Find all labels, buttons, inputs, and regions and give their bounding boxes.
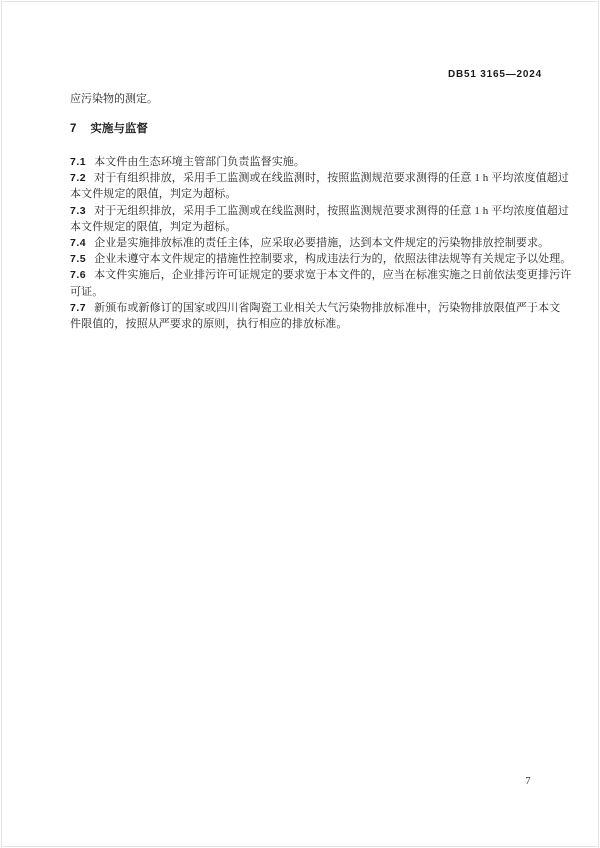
clause-line: 7.7新颁布或新修订的国家或四川省陶瓷工业相关大气污染物排放标准中，污染物排放限… [70,300,548,316]
clause-number: 7.2 [70,170,86,186]
clauses-block: 7.1本文件由生态环境主管部门负责监督实施。 7.2对于有组织排放，采用手工监测… [70,154,548,332]
document-page: DB51 3165—2024 应污染物的测定。 7实施与监督 7.1本文件由生态… [0,0,600,848]
clause-text: 企业是实施排放标准的责任主体，应采取必要措施，达到本文件规定的污染物排放控制要求… [94,237,549,249]
clause-number: 7.6 [70,267,86,283]
clause-text: 可证。 [70,286,103,298]
clause-line: 7.5企业未遵守本文件规定的措施性控制要求，构成违法行为的，依照法律法规等有关规… [70,251,548,267]
clause-line: 7.3对于无组织排放，采用手工监测或在线监测时，按照监测规范要求测得的任意 1 … [70,203,548,219]
clause-text: 企业未遵守本文件规定的措施性控制要求，构成违法行为的，依照法律法规等有关规定予以… [94,253,571,265]
clause-line-continuation: 本文件规定的限值，判定为超标。 [70,186,548,202]
clause-line: 7.6本文件实施后，企业排污许可证规定的要求宽于本文件的，应当在标准实施之日前依… [70,267,548,283]
clause-text: 本文件规定的限值，判定为超标。 [70,221,237,233]
clause-text: 件限值的，按照从严要求的原则，执行相应的排放标准。 [70,318,348,330]
clause-text: 本文件规定的限值，判定为超标。 [70,188,237,200]
page-number: 7 [512,776,544,787]
clause-number: 7.5 [70,251,86,267]
clause-line: 7.4企业是实施排放标准的责任主体，应采取必要措施，达到本文件规定的污染物排放控… [70,235,548,251]
clause-text: 本文件实施后，企业排污许可证规定的要求宽于本文件的，应当在标准实施之日前依法变更… [94,269,571,281]
clause-text: 对于有组织排放，采用手工监测或在线监测时，按照监测规范要求测得的任意 1 h 平… [94,172,569,184]
clause-text: 对于无组织排放，采用手工监测或在线监测时，按照监测规范要求测得的任意 1 h 平… [94,205,569,217]
clause-line: 7.2对于有组织排放，采用手工监测或在线监测时，按照监测规范要求测得的任意 1 … [70,170,548,186]
clause-text: 新颁布或新修订的国家或四川省陶瓷工业相关大气污染物排放标准中，污染物排放限值严于… [94,302,560,314]
clause-text: 本文件由生态环境主管部门负责监督实施。 [94,156,305,168]
clause-line-continuation: 本文件规定的限值，判定为超标。 [70,219,548,235]
section-number: 7 [70,122,76,137]
clause-number: 7.1 [70,154,86,170]
clause-line: 7.1本文件由生态环境主管部门负责监督实施。 [70,154,548,170]
clause-number: 7.7 [70,300,86,316]
clause-number: 7.4 [70,235,86,251]
clause-line-continuation: 件限值的，按照从严要求的原则，执行相应的排放标准。 [70,316,548,332]
clause-line-continuation: 可证。 [70,284,548,300]
carryover-paragraph-fragment: 应污染物的测定。 [70,92,158,107]
section-heading: 7实施与监督 [70,122,148,137]
standard-number-header: DB51 3165—2024 [0,69,542,80]
section-title: 实施与监督 [90,123,148,135]
clause-number: 7.3 [70,203,86,219]
